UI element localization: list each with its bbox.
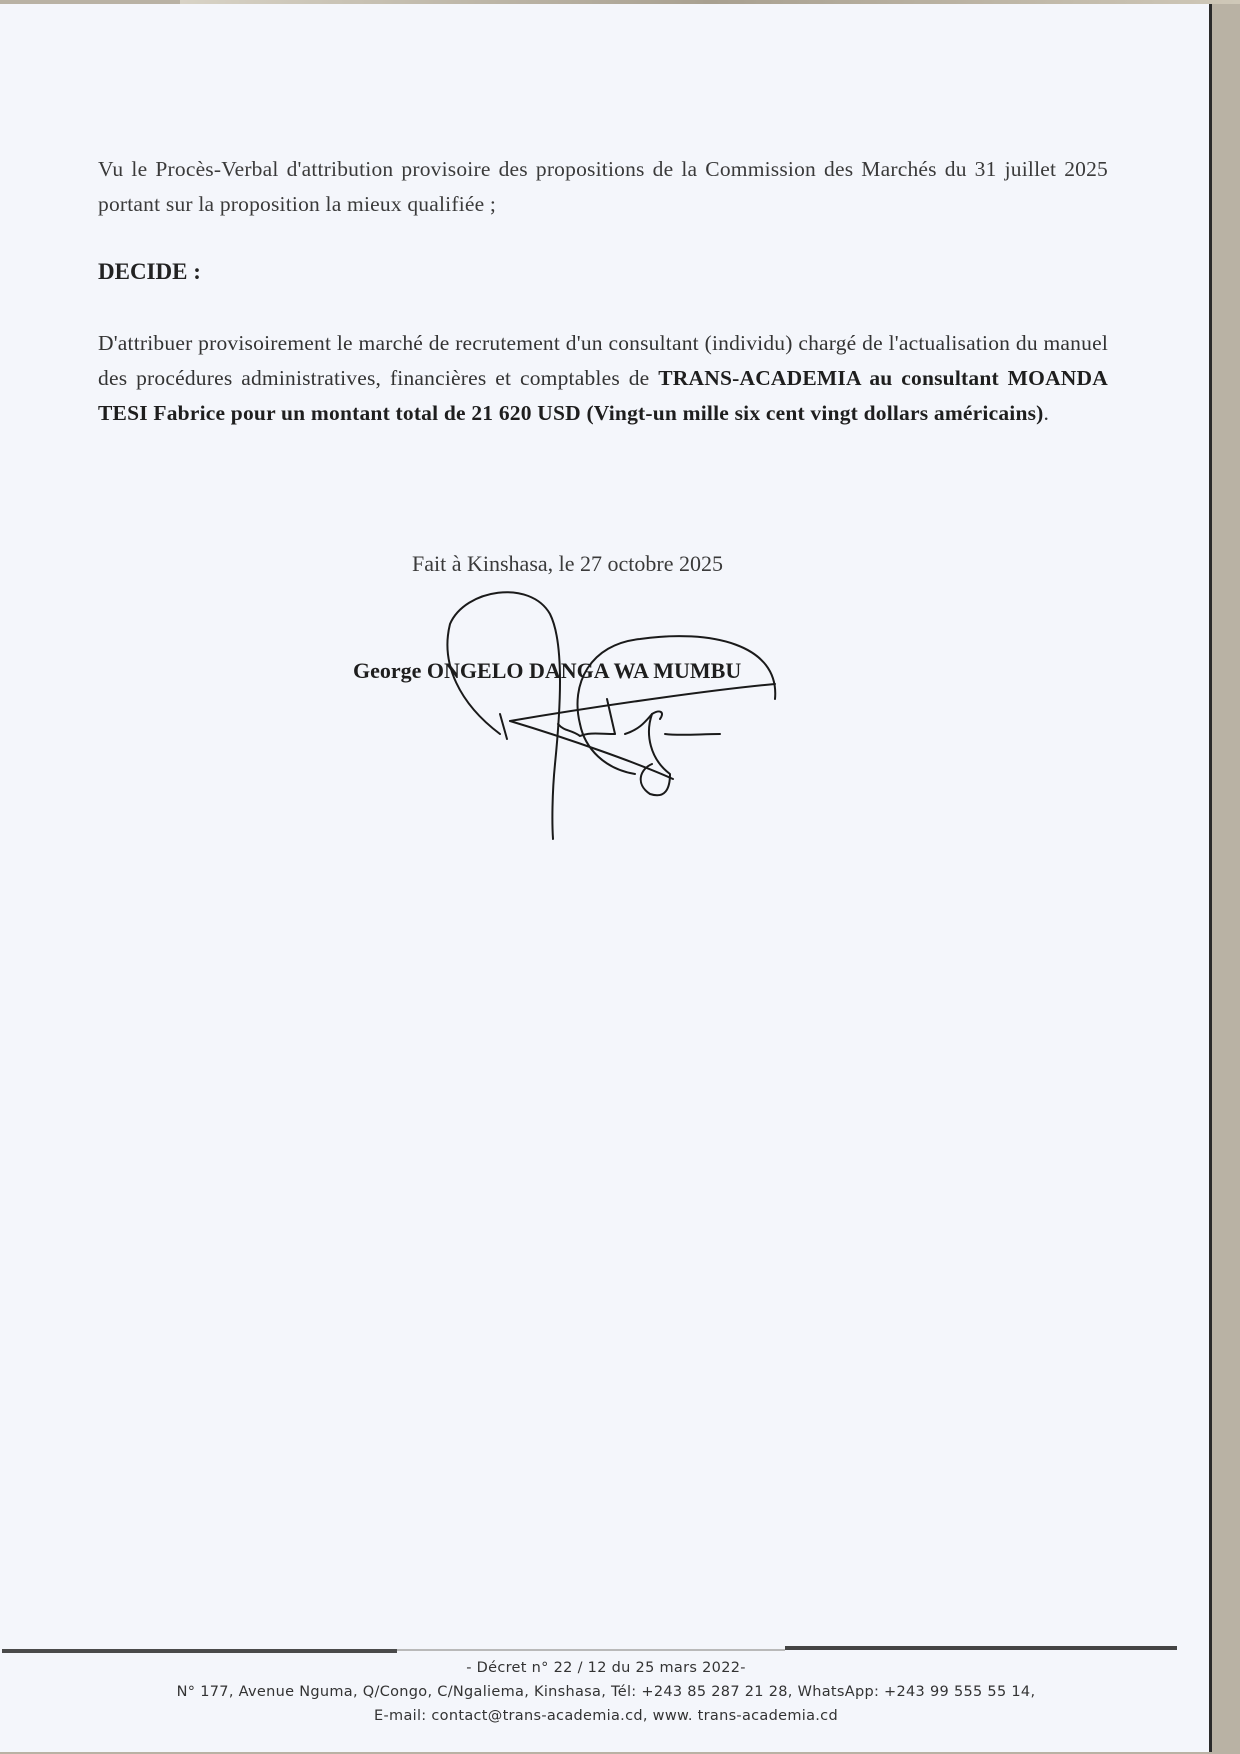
footer-address: N° 177, Avenue Nguma, Q/Congo, C/Ngaliem… xyxy=(0,1684,1212,1700)
organization-name: TRANS-ACADEMIA xyxy=(658,366,860,390)
amount-in-words: (Vingt-un mille six cent vingt dollars a… xyxy=(581,401,1044,425)
footer-contact: E-mail: contact@trans-academia.cd, www. … xyxy=(0,1708,1212,1724)
decide-heading: DECIDE : xyxy=(98,259,201,285)
footer-divider-right xyxy=(785,1646,1177,1650)
decision-amount: pour un montant total de 21 620 USD xyxy=(225,401,581,425)
considerant-paragraph: Vu le Procès-Verbal d'attribution provis… xyxy=(98,152,1108,222)
footer-decree: - Décret n° 22 / 12 du 25 mars 2022- xyxy=(0,1660,1212,1676)
footer-divider-left xyxy=(2,1649,397,1653)
handwritten-signature xyxy=(440,584,800,844)
place-and-date: Fait à Kinshasa, le 27 octobre 2025 xyxy=(412,551,723,577)
document-page: Vu le Procès-Verbal d'attribution provis… xyxy=(0,4,1212,1752)
decision-paragraph: D'attribuer provisoirement le marché de … xyxy=(98,326,1108,431)
decision-text-2: au consultant xyxy=(861,366,1008,390)
decision-end: . xyxy=(1044,401,1050,425)
footer-divider-middle xyxy=(397,1649,785,1651)
